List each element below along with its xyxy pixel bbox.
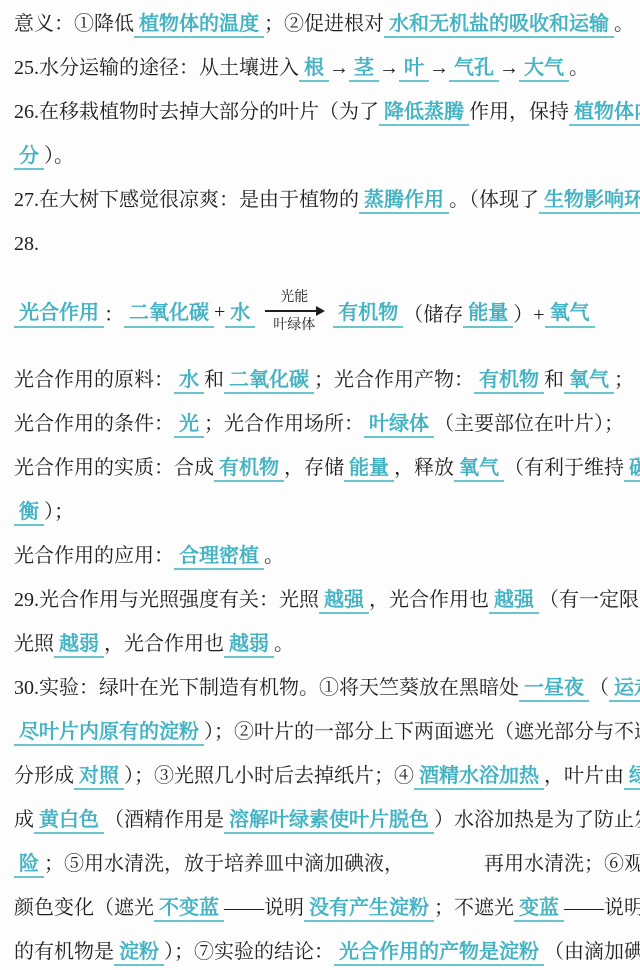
answer-blank: 淀粉 (114, 941, 164, 966)
note-line: 25.水分运输的途径：从土壤进入根→茎→叶→气孔→大气。 (14, 46, 626, 90)
answer-blank: 险 (14, 853, 44, 878)
text-run: （由滴加碘液变 (544, 941, 640, 963)
text-run: ；光合作用场所： (204, 413, 364, 435)
text-run: 成 (14, 809, 34, 831)
text-run: 和 (544, 369, 564, 391)
text-run: → (499, 57, 519, 79)
text-run: ； (614, 369, 634, 391)
answer-blank: 对照 (74, 765, 124, 790)
text-run: 意义：①降低 (14, 13, 134, 35)
note-line: 意义：①降低植物体的温度；②促进根对水和无机盐的吸收和运输。 (14, 2, 626, 46)
photosynthesis-equation: 光合作用：二氧化碳+水光能叶绿体有机物（储存能量）+ 氧气 (14, 266, 626, 358)
text-run: 28. (14, 233, 39, 255)
answer-blank: 越弱 (224, 633, 274, 658)
text-run: 30.实验：绿叶在光下制造有机物。①将天竺葵放在黑暗处 (14, 677, 519, 699)
text-run: （ (589, 677, 609, 699)
text-run: ，存储 (284, 457, 344, 479)
answer-blank: 越强 (489, 589, 539, 614)
answer-blank: 光合作用 (14, 296, 104, 328)
answer-blank: 茎 (349, 57, 379, 82)
text-run: 。 (569, 57, 589, 79)
text-run: （有一定限度）； (539, 589, 640, 611)
text-run: ）；②叶片的一部分上下两面遮光（遮光部分与不遮光部 (204, 721, 640, 743)
answer-blank: 合理密植 (174, 545, 264, 570)
note-line: 光合作用的应用：合理密植。 (14, 534, 626, 578)
answer-blank: 叶绿体 (364, 413, 434, 438)
text-run: （储存 (403, 298, 463, 327)
text-run: → (329, 57, 349, 79)
answer-blank: 有机物 (214, 457, 284, 482)
notes-lines: 意义：①降低植物体的温度；②促进根对水和无机盐的吸收和运输。25.水分运输的途径… (14, 2, 626, 970)
text-run: 光合作用的应用： (14, 545, 174, 567)
text-run: ；不遮光 (434, 897, 514, 919)
answer-blank: 植物体的温度 (134, 13, 264, 38)
text-run: 27.在大树下感觉很凉爽：是由于植物的 (14, 189, 359, 211)
note-line: 衡）； (14, 490, 626, 534)
answer-blank: 黄白色 (34, 809, 104, 834)
text-run: → (429, 57, 449, 79)
text-run: 。 (264, 545, 284, 567)
answer-blank: 能量 (463, 296, 513, 328)
answer-blank: 叶 (399, 57, 429, 82)
answer-blank: 氧气 (564, 369, 614, 394)
note-line: 30.实验：绿叶在光下制造有机物。①将天竺葵放在黑暗处一昼夜（运走或耗 (14, 666, 626, 710)
note-line: 险；⑤用水清洗，放于培养皿中滴加碘液，再用水清洗；⑥观察 (14, 842, 626, 886)
answer-blank: 氧气 (454, 457, 504, 482)
note-line: 的有机物是淀粉）；⑦实验的结论：光合作用的产物是淀粉（由滴加碘液变 (14, 930, 626, 970)
text-run: ；⑤用水清洗，放于培养皿中滴加碘液， (44, 853, 404, 875)
text-run: ）；③光照几小时后去掉纸片；④ (124, 765, 414, 787)
answer-blank: 蒸腾作用 (359, 189, 449, 214)
answer-blank: 越强 (319, 589, 369, 614)
text-run: 。 (614, 13, 634, 35)
answer-blank: 能量 (344, 457, 394, 482)
answer-blank: 有机物 (333, 296, 403, 328)
answer-blank: 根 (299, 57, 329, 82)
text-run: ——说明产生 (564, 897, 640, 919)
answer-blank: 水 (174, 369, 204, 394)
answer-blank: 越弱 (54, 633, 104, 658)
text-run: ）。 (44, 145, 74, 167)
text-run: 和 (204, 369, 224, 391)
answer-blank: 尽叶片内原有的淀粉 (14, 721, 204, 746)
answer-blank: 绿色 (624, 765, 640, 790)
answer-blank: 二氧化碳 (124, 296, 214, 328)
answer-blank: 运走或耗 (609, 677, 640, 702)
text-run: 25.水分运输的途径：从土壤进入 (14, 57, 299, 79)
text-run: 。 (274, 633, 294, 655)
text-run: ；②促进根对 (264, 13, 384, 35)
arrow-condition-label: 光能 (280, 290, 308, 306)
text-run: ——说明 (224, 897, 304, 919)
text-run: 分形成 (14, 765, 74, 787)
text-run: 26.在移栽植物时去掉大部分的叶片（为了 (14, 101, 379, 123)
text-run: 颜色变化（遮光 (14, 897, 154, 919)
note-line: 27.在大树下感觉很凉爽：是由于植物的蒸腾作用。（体现了生物影响环境） (14, 178, 626, 222)
text-run: 光合作用的原料： (14, 369, 174, 391)
text-run: （主要部位在叶片）； (434, 413, 624, 435)
answer-blank: 生物影响环境 (539, 189, 640, 214)
note-line: 颜色变化（遮光不变蓝——说明没有产生淀粉；不遮光变蓝——说明产生 (14, 886, 626, 930)
text-run: ）； (44, 501, 74, 523)
text-run: ）；⑦实验的结论： (164, 941, 334, 963)
note-line: 29.光合作用与光照强度有关：光照越强，光合作用也越强（有一定限度）； (14, 578, 626, 622)
answer-blank: 没有产生淀粉 (304, 897, 434, 922)
text-run: ；光合作用产物： (314, 369, 474, 391)
note-line: 成黄白色（酒精作用是溶解叶绿素使叶片脱色）水浴加热是为了防止发生危 (14, 798, 626, 842)
text-run: 作用，保持 (469, 101, 569, 123)
answer-blank: 不变蓝 (154, 897, 224, 922)
text-run: 29.光合作用与光照强度有关：光照 (14, 589, 319, 611)
answer-blank: 气孔 (449, 57, 499, 82)
answer-blank: 一昼夜 (519, 677, 589, 702)
answer-blank: 水和无机盐的吸收和运输 (384, 13, 614, 38)
answer-blank: 二氧化碳 (224, 369, 314, 394)
text-run: 再用水清洗；⑥观察 (484, 853, 640, 875)
note-line: 分）。 (14, 134, 626, 178)
answer-blank: 水 (225, 296, 255, 328)
answer-blank: 降低蒸腾 (379, 101, 469, 126)
answer-blank: 溶解叶绿素使叶片脱色 (224, 809, 434, 834)
note-line: 光合作用的条件：光；光合作用场所：叶绿体（主要部位在叶片）； (14, 402, 626, 446)
text-run: 光照 (14, 633, 54, 655)
text-run: + (214, 301, 225, 324)
text-run: ： (104, 298, 124, 327)
answer-blank: 分 (14, 145, 44, 170)
answer-blank: 变蓝 (514, 897, 564, 922)
note-line: 尽叶片内原有的淀粉）；②叶片的一部分上下两面遮光（遮光部分与不遮光部 (14, 710, 626, 754)
text-run: ，光合作用也 (104, 633, 224, 655)
note-line: 分形成对照）；③光照几小时后去掉纸片；④酒精水浴加热，叶片由绿色变 (14, 754, 626, 798)
text-run: （有利于维持 (504, 457, 624, 479)
note-line: 光合作用的原料：水和二氧化碳；光合作用产物：有机物和氧气； (14, 358, 626, 402)
answer-blank: 有机物 (474, 369, 544, 394)
text-run: ，叶片由 (544, 765, 624, 787)
text-run: → (379, 57, 399, 79)
text-run: 的有机物是 (14, 941, 114, 963)
reaction-arrow: 光能叶绿体 (265, 290, 323, 334)
text-run: 光合作用的实质：合成 (14, 457, 214, 479)
text-run: ，释放 (394, 457, 454, 479)
answer-blank: 衡 (14, 501, 44, 526)
text-run: 。（体现了 (449, 189, 539, 211)
study-notes-page: 意义：①降低植物体的温度；②促进根对水和无机盐的吸收和运输。25.水分运输的途径… (0, 0, 640, 970)
note-line: 26.在移栽植物时去掉大部分的叶片（为了降低蒸腾作用，保持植物体内的水 (14, 90, 626, 134)
text-run: 光合作用的条件： (14, 413, 174, 435)
answer-blank: 酒精水浴加热 (414, 765, 544, 790)
answer-blank: 大气 (519, 57, 569, 82)
answer-blank: 碳—氧平 (624, 457, 640, 482)
note-line: 28. (14, 222, 626, 266)
text-run: （酒精作用是 (104, 809, 224, 831)
answer-blank: 植物体内的水 (569, 101, 640, 126)
text-run: ）水浴加热是为了防止发生 (434, 809, 640, 831)
text-run: ，光合作用也 (369, 589, 489, 611)
right-arrow-icon (265, 310, 323, 312)
answer-blank: 光合作用的产物是淀粉 (334, 941, 544, 966)
note-line: 光照越弱，光合作用也越弱。 (14, 622, 626, 666)
answer-blank: 氧气 (545, 296, 595, 328)
text-run: ）+ (513, 298, 544, 327)
arrow-site-label: 叶绿体 (273, 318, 315, 334)
note-line: 光合作用的实质：合成有机物，存储能量，释放氧气（有利于维持碳—氧平 (14, 446, 626, 490)
answer-blank: 光 (174, 413, 204, 438)
